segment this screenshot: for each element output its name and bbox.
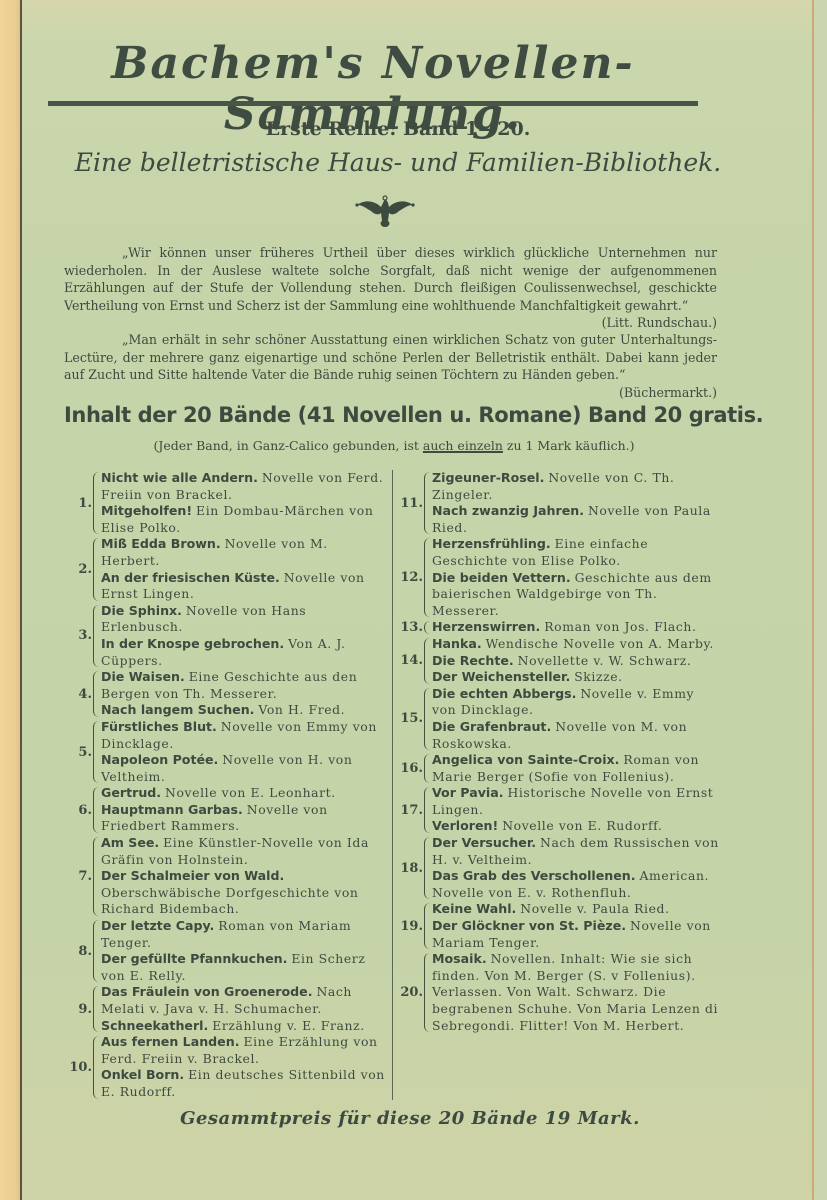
story-title: Hauptmann Garbas. — [101, 802, 243, 817]
story-entry: Die echten Abbergs. Novelle v. Emmy von … — [432, 686, 722, 719]
volume-number: 8. — [66, 918, 93, 984]
column-divider — [392, 470, 393, 1100]
story-title: Hanka. — [432, 636, 482, 651]
story-title: Nach langem Suchen. — [101, 702, 254, 717]
brace-icon — [424, 688, 432, 750]
volume-number: 5. — [66, 719, 93, 785]
brace-icon — [93, 1036, 101, 1098]
volume-titles: Am See. Eine Künstler-Novelle von Ida Gr… — [101, 835, 386, 918]
story-description: Novelle v. Paula Ried. — [520, 901, 669, 916]
story-title: Keine Wahl. — [432, 901, 516, 916]
story-title: Fürstliches Blut. — [101, 719, 217, 734]
volume-titles: Der letzte Capy. Roman von Mariam Tenger… — [101, 918, 386, 984]
volume-titles: Keine Wahl. Novelle v. Paula Ried.Der Gl… — [432, 901, 722, 951]
volume-titles: Hanka. Wendische Novelle von A. Marby.Di… — [432, 636, 722, 686]
volume-titles: Miß Edda Brown. Novelle von M. Herbert.A… — [101, 536, 386, 602]
contents-note: (Jeder Band, in Ganz-Calico gebunden, is… — [64, 438, 724, 453]
story-description: Erzählung v. E. Franz. — [212, 1018, 365, 1033]
story-title: Der letzte Capy. — [101, 918, 214, 933]
brace-icon — [424, 837, 432, 899]
eagle-ornament-icon — [353, 193, 417, 229]
story-title: Der Glöckner von St. Pièze. — [432, 918, 626, 933]
volume-number: 11. — [397, 470, 424, 536]
quote-source: (Litt. Rundschau.) — [544, 314, 717, 332]
story-title: Das Grab des Verschollenen. — [432, 868, 636, 883]
volume-number: 4. — [66, 669, 93, 719]
story-entry: Mosaik. Novellen. Inhalt: Wie sie sich f… — [432, 951, 722, 1034]
volume-entry: 5.Fürstliches Blut. Novelle von Emmy von… — [66, 719, 386, 785]
brace-icon — [424, 538, 432, 617]
story-entry: Die Waisen. Eine Geschichte aus den Berg… — [101, 669, 386, 702]
story-title: Zigeuner-Rosel. — [432, 470, 544, 485]
story-title: Onkel Born. — [101, 1067, 184, 1082]
story-entry: Vor Pavia. Historische Novelle von Ernst… — [432, 785, 722, 818]
story-entry: Der Versucher. Nach dem Russischen von H… — [432, 835, 722, 868]
volume-number: 1. — [66, 470, 93, 536]
story-entry: Hauptmann Garbas. Novelle von Friedbert … — [101, 802, 386, 835]
story-description: Novellette v. W. Schwarz. — [518, 653, 692, 668]
story-title: Der Weichensteller. — [432, 669, 570, 684]
story-title: Die Rechte. — [432, 653, 514, 668]
story-entry: Am See. Eine Künstler-Novelle von Ida Gr… — [101, 835, 386, 868]
volume-titles: Vor Pavia. Historische Novelle von Ernst… — [432, 785, 722, 835]
volume-titles: Gertrud. Novelle von E. Leonhart.Hauptma… — [101, 785, 386, 835]
story-title: Mosaik. — [432, 951, 487, 966]
quote-text: „Man erhält in sehr schöner Ausstattung … — [64, 332, 717, 382]
story-description: Novelle von E. Leonhart. — [165, 785, 336, 800]
subtitle: Eine belletristische Haus- und Familien-… — [28, 148, 768, 177]
story-description: Von H. Fred. — [258, 702, 345, 717]
volume-entry: 18.Der Versucher. Nach dem Russischen vo… — [397, 835, 722, 901]
story-title: Mitgeholfen! — [101, 503, 192, 518]
story-entry: Der Schalmeier von Wald. Oberschwäbische… — [101, 868, 386, 918]
story-title: Aus fernen Landen. — [101, 1034, 239, 1049]
story-entry: Der Glöckner von St. Pièze. Novelle von … — [432, 918, 722, 951]
story-entry: Nach langem Suchen. Von H. Fred. — [101, 702, 386, 719]
brace-icon — [424, 638, 432, 684]
story-entry: Der Weichensteller. Skizze. — [432, 669, 722, 686]
volume-number: 15. — [397, 686, 424, 752]
brace-icon — [93, 605, 101, 667]
volume-number: 13. — [397, 619, 424, 636]
volume-entry: 7.Am See. Eine Künstler-Novelle von Ida … — [66, 835, 386, 918]
story-entry: Die Rechte. Novellette v. W. Schwarz. — [432, 653, 722, 670]
brace-icon — [93, 986, 101, 1032]
volume-entry: 10.Aus fernen Landen. Eine Erzählung von… — [66, 1034, 386, 1100]
story-entry: Mitgeholfen! Ein Dombau-Märchen von Elis… — [101, 503, 386, 536]
story-title: Miß Edda Brown. — [101, 536, 221, 551]
volume-titles: Zigeuner-Rosel. Novelle von C. Th. Zinge… — [432, 470, 722, 536]
volume-entry: 17.Vor Pavia. Historische Novelle von Er… — [397, 785, 722, 835]
volume-entry: 3.Die Sphinx. Novelle von Hans Erlenbusc… — [66, 603, 386, 669]
story-description: Roman von Jos. Flach. — [544, 619, 696, 634]
story-entry: Aus fernen Landen. Eine Erzählung von Fe… — [101, 1034, 386, 1067]
volume-titles: Aus fernen Landen. Eine Erzählung von Fe… — [101, 1034, 386, 1100]
quote-source: (Büchermarkt.) — [561, 384, 717, 402]
story-title: Nicht wie alle Andern. — [101, 470, 258, 485]
volume-number: 7. — [66, 835, 93, 918]
story-title: Das Fräulein von Groenerode. — [101, 984, 313, 999]
story-title: Die Waisen. — [101, 669, 185, 684]
story-entry: Hanka. Wendische Novelle von A. Marby. — [432, 636, 722, 653]
brace-icon — [424, 903, 432, 949]
story-entry: Der gefüllte Pfannkuchen. Ein Scherz von… — [101, 951, 386, 984]
brace-icon — [93, 787, 101, 833]
brace-icon — [424, 472, 432, 534]
volume-titles: Nicht wie alle Andern. Novelle von Ferd.… — [101, 470, 386, 536]
story-title: Vor Pavia. — [432, 785, 504, 800]
volume-entry: 12.Herzensfrühling. Eine einfache Geschi… — [397, 536, 722, 619]
brace-icon — [424, 787, 432, 833]
volume-titles: Angelica von Sainte-Croix. Roman von Mar… — [432, 752, 722, 785]
volume-entry: 14.Hanka. Wendische Novelle von A. Marby… — [397, 636, 722, 686]
volume-entry: 20.Mosaik. Novellen. Inhalt: Wie sie sic… — [397, 951, 722, 1034]
book-spine-margin — [0, 0, 22, 1200]
volume-titles: Der Versucher. Nach dem Russischen von H… — [432, 835, 722, 901]
volume-number: 10. — [66, 1034, 93, 1100]
story-entry: Die Sphinx. Novelle von Hans Erlenbusch. — [101, 603, 386, 636]
story-description: Novelle von E. Rudorff. — [502, 818, 662, 833]
story-entry: An der friesischen Küste. Novelle von Er… — [101, 570, 386, 603]
underlined-phrase: auch einzeln — [423, 438, 503, 453]
volume-entry: 16.Angelica von Sainte-Croix. Roman von … — [397, 752, 722, 785]
story-description: Wendische Novelle von A. Marby. — [486, 636, 714, 651]
volume-titles: Mosaik. Novellen. Inhalt: Wie sie sich f… — [432, 951, 722, 1034]
volume-entry: 13.Herzenswirren. Roman von Jos. Flach. — [397, 619, 722, 636]
story-title: Angelica von Sainte-Croix. — [432, 752, 619, 767]
story-entry: Die beiden Vettern. Geschichte aus dem b… — [432, 570, 722, 620]
volume-number: 17. — [397, 785, 424, 835]
series-line: Erste Reihe: Band 1—20. — [28, 118, 768, 140]
story-title: Gertrud. — [101, 785, 161, 800]
story-title: Herzenswirren. — [432, 619, 540, 634]
story-entry: Miß Edda Brown. Novelle von M. Herbert. — [101, 536, 386, 569]
story-title: Die Sphinx. — [101, 603, 182, 618]
brace-icon — [93, 920, 101, 982]
brace-icon — [93, 721, 101, 783]
volume-entry: 4.Die Waisen. Eine Geschichte aus den Be… — [66, 669, 386, 719]
volume-entry: 9.Das Fräulein von Groenerode. Nach Mela… — [66, 984, 386, 1034]
volume-entry: 6.Gertrud. Novelle von E. Leonhart.Haupt… — [66, 785, 386, 835]
story-entry: Verloren! Novelle von E. Rudorff. — [432, 818, 722, 835]
volume-titles: Fürstliches Blut. Novelle von Emmy von D… — [101, 719, 386, 785]
volume-titles: Die Waisen. Eine Geschichte aus den Berg… — [101, 669, 386, 719]
volume-number: 19. — [397, 901, 424, 951]
brace-icon — [93, 837, 101, 916]
story-entry: Angelica von Sainte-Croix. Roman von Mar… — [432, 752, 722, 785]
story-entry: Onkel Born. Ein deutsches Sittenbild von… — [101, 1067, 386, 1100]
story-entry: Napoleon Potée. Novelle von H. von Velth… — [101, 752, 386, 785]
story-description: Skizze. — [574, 669, 623, 684]
story-title: Herzensfrühling. — [432, 536, 551, 551]
volume-number: 18. — [397, 835, 424, 901]
volume-titles: Herzenswirren. Roman von Jos. Flach. — [432, 619, 722, 636]
story-title: Der Schalmeier von Wald. — [101, 868, 284, 883]
story-entry: In der Knospe gebrochen. Von A. J. Cüppe… — [101, 636, 386, 669]
contents-column-right: 11.Zigeuner-Rosel. Novelle von C. Th. Zi… — [397, 470, 722, 1034]
story-entry: Nach zwanzig Jahren. Novelle von Paula R… — [432, 503, 722, 536]
story-entry: Die Grafenbraut. Novelle von M. von Rosk… — [432, 719, 722, 752]
story-entry: Nicht wie alle Andern. Novelle von Ferd.… — [101, 470, 386, 503]
review-quote-1: „Wir können unser früheres Urtheil über … — [64, 244, 717, 332]
volume-titles: Die echten Abbergs. Novelle v. Emmy von … — [432, 686, 722, 752]
story-entry: Keine Wahl. Novelle v. Paula Ried. — [432, 901, 722, 918]
story-title: Die Grafenbraut. — [432, 719, 551, 734]
story-title: Nach zwanzig Jahren. — [432, 503, 584, 518]
volume-number: 16. — [397, 752, 424, 785]
volume-titles: Herzensfrühling. Eine einfache Geschicht… — [432, 536, 722, 619]
volume-titles: Das Fräulein von Groenerode. Nach Melati… — [101, 984, 386, 1034]
volume-number: 14. — [397, 636, 424, 686]
volume-number: 9. — [66, 984, 93, 1034]
brace-icon — [424, 953, 432, 1032]
story-entry: Schneekatherl. Erzählung v. E. Franz. — [101, 1018, 386, 1035]
volume-entry: 15.Die echten Abbergs. Novelle v. Emmy v… — [397, 686, 722, 752]
quote-text: „Wir können unser früheres Urtheil über … — [64, 245, 717, 313]
story-entry: Zigeuner-Rosel. Novelle von C. Th. Zinge… — [432, 470, 722, 503]
story-entry: Fürstliches Blut. Novelle von Emmy von D… — [101, 719, 386, 752]
volume-entry: 8.Der letzte Capy. Roman von Mariam Teng… — [66, 918, 386, 984]
volume-number: 20. — [397, 951, 424, 1034]
story-title: Die echten Abbergs. — [432, 686, 576, 701]
volume-number: 2. — [66, 536, 93, 602]
volume-number: 3. — [66, 603, 93, 669]
volume-entry: 19.Keine Wahl. Novelle v. Paula Ried.Der… — [397, 901, 722, 951]
story-title: In der Knospe gebrochen. — [101, 636, 284, 651]
brace-icon — [424, 621, 432, 634]
contents-column-left: 1.Nicht wie alle Andern. Novelle von Fer… — [66, 470, 386, 1101]
story-entry: Gertrud. Novelle von E. Leonhart. — [101, 785, 386, 802]
story-entry: Der letzte Capy. Roman von Mariam Tenger… — [101, 918, 386, 951]
brace-icon — [93, 671, 101, 717]
story-title: Die beiden Vettern. — [432, 570, 571, 585]
story-title: An der friesischen Küste. — [101, 570, 280, 585]
story-title: Verloren! — [432, 818, 498, 833]
volume-entry: 11.Zigeuner-Rosel. Novelle von C. Th. Zi… — [397, 470, 722, 536]
volume-titles: Die Sphinx. Novelle von Hans Erlenbusch.… — [101, 603, 386, 669]
brace-icon — [93, 538, 101, 600]
story-title: Schneekatherl. — [101, 1018, 208, 1033]
page-right-edge — [812, 0, 827, 1200]
story-title: Napoleon Potée. — [101, 752, 218, 767]
story-title: Am See. — [101, 835, 159, 850]
volume-entry: 2.Miß Edda Brown. Novelle von M. Herbert… — [66, 536, 386, 602]
brace-icon — [93, 472, 101, 534]
contents-heading: Inhalt der 20 Bände (41 Novellen u. Roma… — [64, 403, 724, 427]
story-entry: Herzensfrühling. Eine einfache Geschicht… — [432, 536, 722, 569]
story-entry: Herzenswirren. Roman von Jos. Flach. — [432, 619, 722, 636]
story-title: Der gefüllte Pfannkuchen. — [101, 951, 287, 966]
story-title: Der Versucher. — [432, 835, 536, 850]
review-quote-2: „Man erhält in sehr schöner Ausstattung … — [64, 331, 717, 401]
brace-icon — [424, 754, 432, 783]
story-description: Oberschwäbische Dorfgeschichte von Richa… — [101, 885, 358, 917]
volume-entry: 1.Nicht wie alle Andern. Novelle von Fer… — [66, 470, 386, 536]
volume-number: 6. — [66, 785, 93, 835]
title-underline-rule — [48, 101, 698, 106]
total-price: Gesammtpreis für diese 20 Bände 19 Mark. — [100, 1108, 720, 1129]
volume-number: 12. — [397, 536, 424, 619]
story-entry: Das Fräulein von Groenerode. Nach Melati… — [101, 984, 386, 1017]
story-entry: Das Grab des Verschollenen. American. No… — [432, 868, 722, 901]
